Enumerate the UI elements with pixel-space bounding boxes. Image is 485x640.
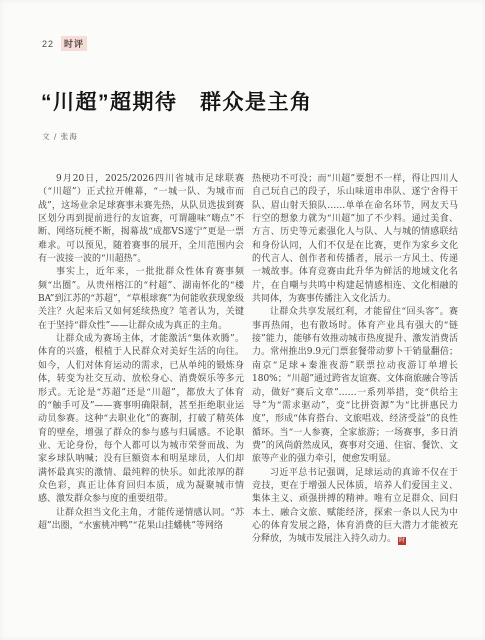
right-column: 热梗功不可没；而“川超”要想不一样，得让四川人自己玩自己的段子，乐山味道串串队、…	[252, 173, 458, 547]
page-number: 22	[42, 39, 54, 49]
article-body: 9月20日，2025/2026四川省城市足球联赛（“川超”）正式拉开帷幕，“一城…	[38, 173, 458, 547]
paragraph-4: 让群众担当文化主角，才能传递情感认同。“苏超”出圈，“水蜜桃冲鸭”“花果山挂蟠桃…	[38, 507, 244, 534]
article-byline: 文 / 张海	[42, 131, 78, 142]
left-column: 9月20日，2025/2026四川省城市足球联赛（“川超”）正式拉开帷幕，“一城…	[38, 173, 244, 547]
magazine-page: 22 时评 “川超”超期待 群众是主角 文 / 张海 9月20日，2025/20…	[0, 0, 485, 640]
paragraph-3: 让群众成为赛场主体，才能激活“集体欢腾”。体育的兴盛，根植于人民群众对美好生活的…	[38, 333, 244, 506]
paragraph-6-text: 习近平总书记强调，足球运动的真谛不仅在于竞技，更在于增强人民体质，培养人们爱国主…	[252, 468, 458, 545]
article-title: “川超”超期待 群众是主角	[41, 86, 313, 116]
paragraph-6: 习近平总书记强调，足球运动的真谛不仅在于竞技，更在于增强人民体质，培养人们爱国主…	[252, 467, 458, 547]
section-label: 时评	[61, 36, 87, 51]
paragraph-1: 9月20日，2025/2026四川省城市足球联赛（“川超”）正式拉开帷幕，“一城…	[38, 173, 244, 266]
paragraph-5: 让群众共享发展红利，才能留住“回头客”。赛事再热闹，也有散场时。体育产业具有强大…	[252, 306, 458, 466]
page-header: 22 时评	[42, 36, 87, 51]
paragraph-2: 事实上，近年来，一批批群众性体育赛事频频“出圈”。从贵州榕江的“村超”、湖南怀化…	[38, 266, 244, 333]
article-end-mark-icon: 时	[398, 537, 406, 545]
paragraph-4-continued: 热梗功不可没；而“川超”要想不一样，得让四川人自己玩自己的段子，乐山味道串串队、…	[252, 173, 458, 306]
